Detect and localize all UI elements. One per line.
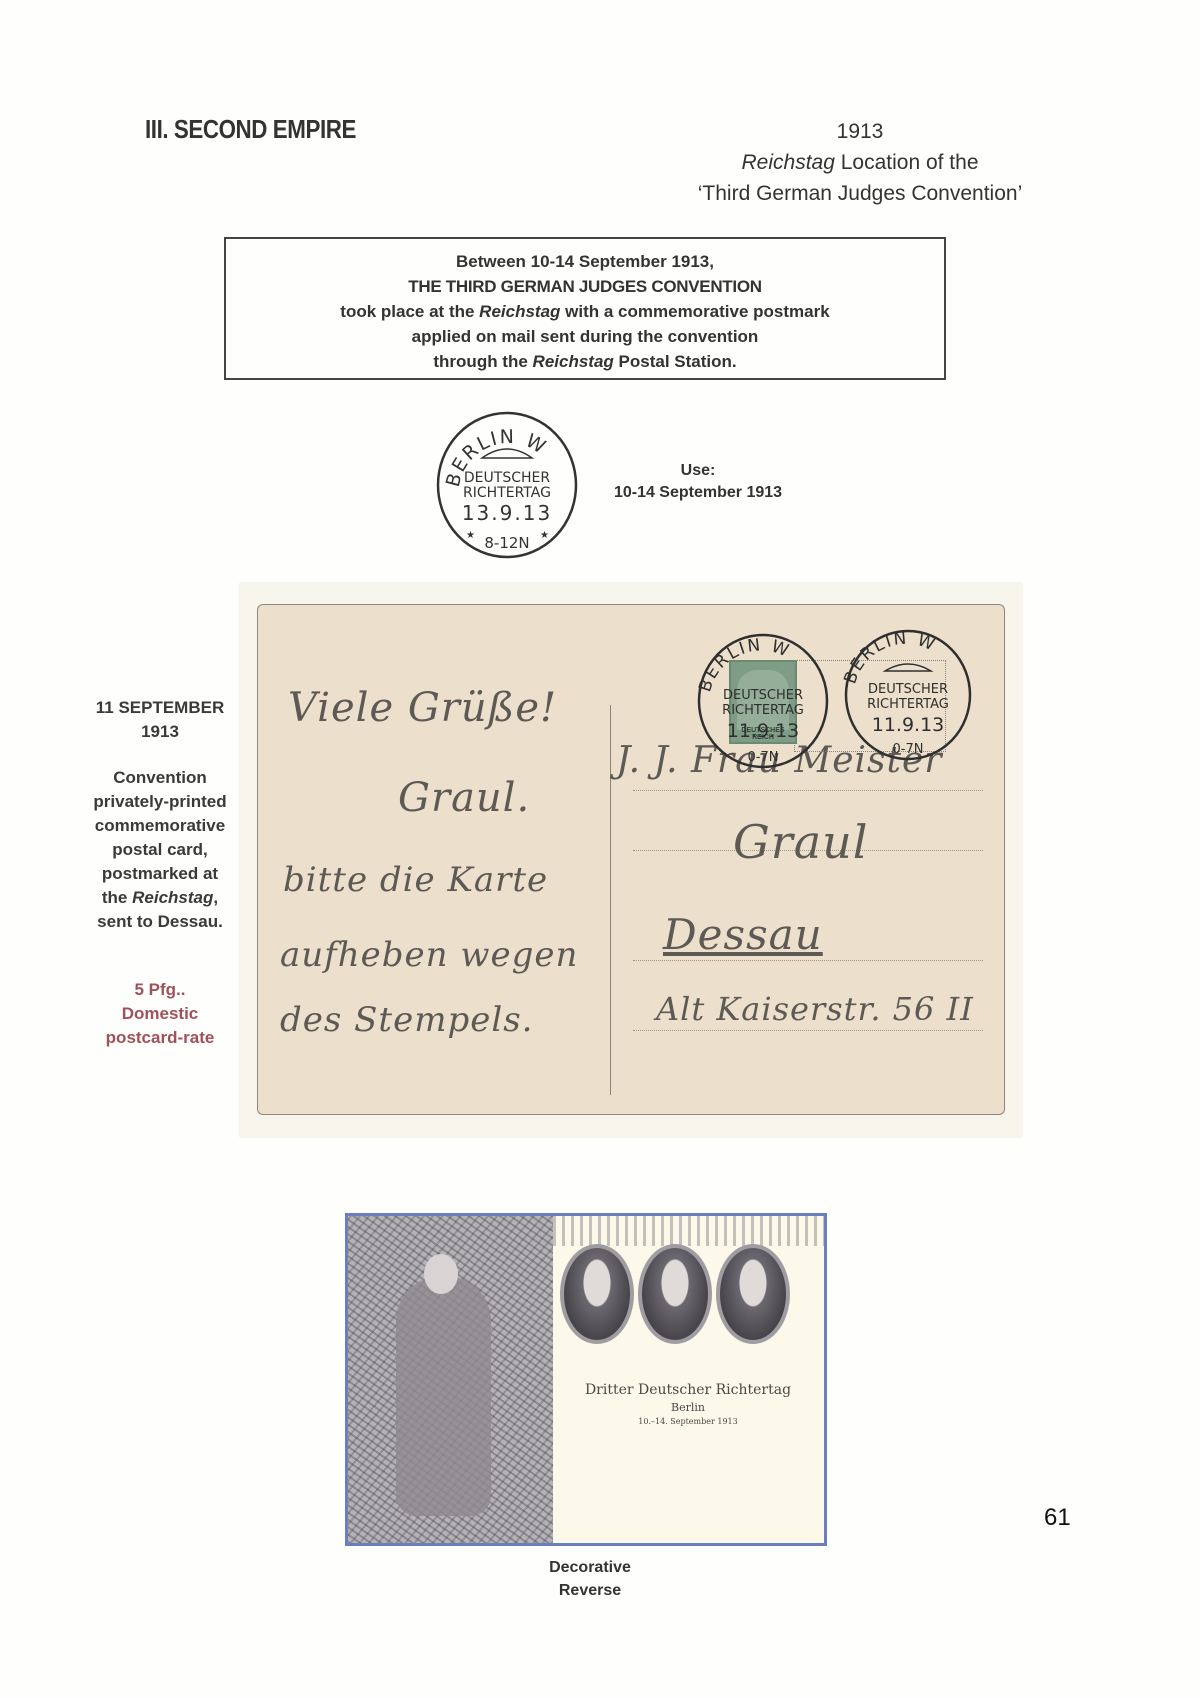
heading-subtitle-line2: ‘Third German Judges Convention’ — [640, 178, 1080, 209]
description-text: the — [102, 888, 132, 907]
postmark-date: 13.9.13 — [462, 501, 552, 525]
heading-subtitle: Reichstag Location of the — [640, 147, 1080, 178]
message-line: des Stempels. — [280, 1000, 533, 1040]
reverse-dates: 10.–14. September 1913 — [568, 1417, 808, 1426]
portrait-icon — [560, 1244, 634, 1344]
cancel-date: 11.9.13 — [727, 720, 800, 742]
postmark-line-1: DEUTSCHER — [464, 470, 550, 486]
postmark-sample-image: BERLIN W DEUTSCHER RICHTERTAG 13.9.13 8-… — [432, 410, 582, 560]
heading-subtitle-italic: Reichstag — [742, 151, 835, 174]
intro-box: Between 10-14 September 1913, THE THIRD … — [224, 237, 946, 380]
svg-text:BERLIN W: BERLIN W — [695, 635, 793, 694]
cancel-date: 11.9.13 — [872, 714, 945, 736]
card-date-line-1: 11 SEPTEMBER — [70, 696, 250, 720]
cancel-arc-text: BERLIN W — [695, 635, 793, 694]
ornament-border — [553, 1216, 824, 1246]
postcard-front: Viele Grüße! Graul. bitte die Karte aufh… — [257, 604, 1005, 1115]
page-heading: 1913 Reichstag Location of the ‘Third Ge… — [640, 116, 1080, 209]
use-note: Use: 10-14 September 1913 — [598, 460, 798, 504]
rate-line: Domestic — [70, 1002, 250, 1026]
cancel-line-2: RICHTERTAG — [722, 703, 804, 718]
description-line: commemorative — [70, 814, 250, 838]
description-line: Convention — [70, 766, 250, 790]
use-label: Use: — [598, 460, 798, 482]
address-rule — [633, 790, 983, 791]
intro-line-1: Between 10-14 September 1913, — [226, 249, 944, 274]
card-date: 11 SEPTEMBER 1913 — [70, 696, 250, 744]
message-line: Graul. — [398, 775, 530, 821]
figure-head-icon — [424, 1254, 458, 1294]
message-line: aufheben wegen — [280, 935, 578, 975]
star-icon: ★ — [466, 530, 475, 541]
intro-text: Postal Station. — [614, 352, 737, 371]
engraving-illustration — [348, 1216, 553, 1543]
address-rule — [633, 1030, 983, 1031]
portrait-icon — [716, 1244, 790, 1344]
cancel-line-2: RICHTERTAG — [867, 697, 949, 712]
address-line: Graul — [733, 815, 869, 869]
cancellation-postmarks: BERLIN W DEUTSCHER RICHTERTAG 11.9.13 0-… — [690, 623, 980, 773]
description-line: sent to Dessau. — [70, 910, 250, 934]
star-icon: ★ — [540, 530, 549, 541]
justitia-figure-icon — [396, 1276, 491, 1516]
use-value: 10-14 September 1913 — [598, 482, 798, 504]
decorative-reverse-card: Dritter Deutscher Richtertag Berlin 10.–… — [345, 1213, 827, 1546]
address-rule — [633, 960, 983, 961]
description-line: the Reichstag, — [70, 886, 250, 910]
address-line: Alt Kaiserstr. 56 II — [656, 990, 974, 1028]
intro-line-4: applied on mail sent during the conventi… — [226, 324, 944, 349]
rate-line: postcard-rate — [70, 1026, 250, 1050]
cancel-line-1: DEUTSCHER — [723, 688, 803, 703]
postage-rate-note: 5 Pfg.. Domestic postcard-rate — [70, 978, 250, 1050]
heading-subtitle-rest: Location of the — [835, 151, 979, 174]
postmark-line-2: RICHTERTAG — [463, 485, 551, 501]
heading-year: 1913 — [640, 116, 1080, 147]
intro-text: with a commemorative postmark — [560, 302, 829, 321]
description-line: privately-printed — [70, 790, 250, 814]
reverse-city: Berlin — [568, 1401, 808, 1414]
cancel-arc-text: BERLIN W — [840, 629, 939, 687]
message-line: Viele Grüße! — [288, 685, 557, 731]
description-italic: Reichstag — [132, 888, 213, 907]
card-date-line-2: 1913 — [70, 720, 250, 744]
cancel-time: 0-7N — [748, 750, 779, 765]
rate-line: 5 Pfg.. — [70, 978, 250, 1002]
intro-italic: Reichstag — [533, 352, 614, 371]
intro-italic: Reichstag — [479, 302, 560, 321]
intro-line-2: THE THIRD GERMAN JUDGES CONVENTION — [226, 274, 944, 299]
intro-line-3: took place at the Reichstag with a comme… — [226, 299, 944, 324]
intro-line-5: through the Reichstag Postal Station. — [226, 349, 944, 374]
address-line: Dessau — [663, 910, 823, 959]
description-text: , — [213, 888, 218, 907]
section-title: III. SECOND EMPIRE — [145, 114, 356, 145]
caption-line: Reverse — [530, 1579, 650, 1602]
card-description: 11 SEPTEMBER 1913 Convention privately-p… — [70, 696, 250, 934]
description-line: postmarked at — [70, 862, 250, 886]
reverse-caption: Decorative Reverse — [530, 1556, 650, 1602]
postmark-time: 8-12N — [484, 534, 529, 552]
intro-text: through the — [433, 352, 532, 371]
postcard-divider — [610, 705, 611, 1095]
reverse-title: Dritter Deutscher Richtertag — [568, 1382, 808, 1398]
description-line: postal card, — [70, 838, 250, 862]
cancel-line-1: DEUTSCHER — [868, 682, 948, 697]
intro-text: took place at the — [340, 302, 479, 321]
page-number: 61 — [1044, 1504, 1071, 1532]
reverse-inscription: Dritter Deutscher Richtertag Berlin 10.–… — [568, 1382, 808, 1426]
caption-line: Decorative — [530, 1556, 650, 1579]
svg-text:BERLIN W: BERLIN W — [840, 629, 939, 687]
portrait-icon — [638, 1244, 712, 1344]
message-line: bitte die Karte — [283, 860, 548, 900]
cancel-time: 0-7N — [893, 742, 924, 757]
